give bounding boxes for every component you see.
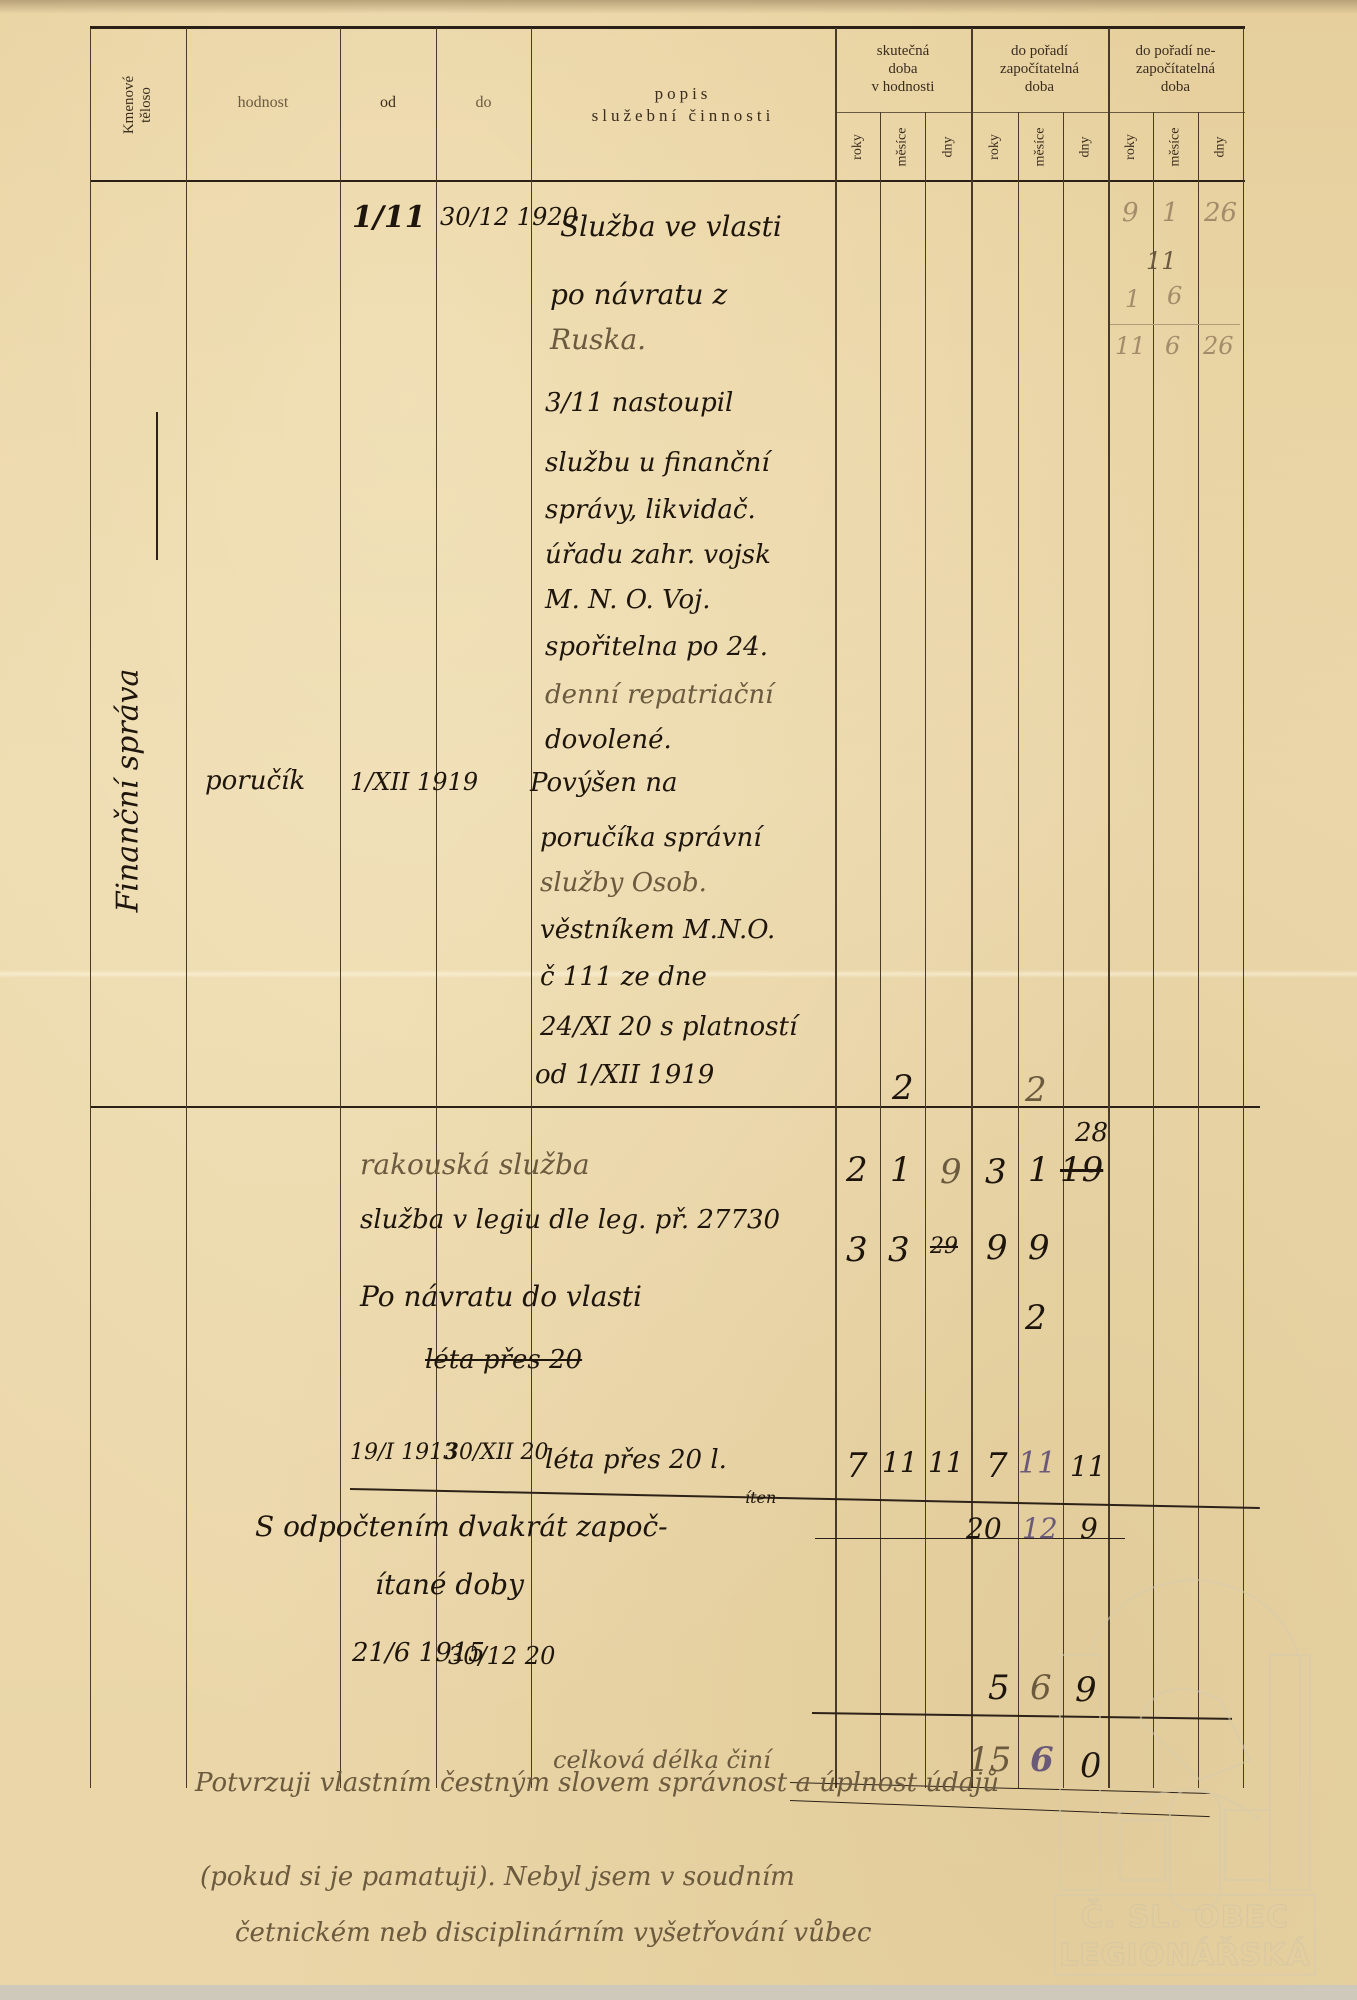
entry3-popis-line: věstníkem M.N.O. [540, 915, 775, 945]
entry3-od: 1/XII 1919 [350, 768, 478, 796]
entry2-popis-line: denní repatriační [545, 680, 773, 710]
col-rule [880, 112, 881, 1788]
legion-do: 30/12 20 [448, 1642, 555, 1670]
header-group-skutecna: skutečná doba v hodnosti [835, 42, 971, 96]
s2-skut-dny: 9 [940, 1152, 962, 1192]
entry2-popis-line: službu u finanční [545, 448, 770, 478]
col-rule [1153, 112, 1154, 1788]
table-top-rule [90, 26, 1245, 29]
entry1-popis-line: Služba ve vlasti [560, 210, 782, 243]
entry2-popis-line: M. N. O. Voj. [545, 585, 710, 615]
subheader-mesice: měsíce [1153, 114, 1198, 180]
subheader-roky: roky [1108, 114, 1153, 180]
header-bottom-rule [90, 180, 1245, 182]
watermark-line2: LEGIONÁŘSKÁ [1050, 1938, 1320, 1973]
total-row-do: 30/XII 20 [445, 1440, 548, 1465]
legion-zap-mesice: 6 [1030, 1668, 1052, 1708]
nezap-mesice: 6 [1167, 282, 1182, 310]
entry2-popis-line: 3/11 nastoupil [545, 388, 733, 418]
nezap-total-dny: 26 [1203, 332, 1234, 360]
entry2-popis-line: správy, likvidač. [545, 495, 756, 525]
footer-statement-line: (pokud si je pamatuji). Nebyl jsem v sou… [200, 1862, 795, 1892]
deduction-superscript: íten [745, 1488, 776, 1507]
col-rule [90, 28, 91, 1788]
entry1-popis-line: po návratu z [550, 278, 727, 311]
s2-skut-roky: 3 [846, 1230, 868, 1270]
kmenove-underline [156, 412, 158, 560]
entry3-popis-line: od 1/XII 1919 [535, 1060, 714, 1090]
entry3-hodnost: poručík [205, 766, 305, 796]
header-popis-sub: služební činnosti [531, 106, 835, 126]
subheader-roky: roky [835, 114, 880, 180]
subheader-dny: dny [925, 114, 971, 180]
s2-zap-roky: 3 [985, 1152, 1007, 1192]
s2-skut-mesice: 3 [888, 1230, 910, 1270]
entry2-popis-line: spořitelna po 24. [545, 632, 768, 662]
s2-row-popis: Po návratu do vlasti [360, 1280, 642, 1313]
total-skut-mesice: 11 [882, 1446, 918, 1479]
subheader-mesice: měsíce [1018, 114, 1063, 180]
header-do: do [436, 94, 531, 112]
entry2-popis-line: dovolené. [545, 725, 672, 755]
total-row-popis: léta přes 20 l. [545, 1445, 727, 1475]
legion-zap-roky: 5 [988, 1668, 1010, 1708]
s2-skut-dny-struck: 29 [930, 1234, 958, 1259]
s2-zap-mesice: 1 [1028, 1150, 1050, 1190]
deduction-text-2: ítané doby [375, 1568, 524, 1601]
skutecna-mesice: 2 [892, 1068, 914, 1108]
paper-top-edge [0, 0, 1357, 14]
watermark-line1: Č. SL. OBEC [1050, 1900, 1320, 1935]
nezap-dny: 26 [1204, 198, 1237, 228]
entry3-popis-line: 24/XI 20 s platností [540, 1012, 797, 1042]
subheader-roky: roky [971, 114, 1018, 180]
header-kmenove-teleso: Kmenové těloso [90, 30, 186, 180]
col-rule [1108, 28, 1110, 1788]
header-hodnost: hodnost [186, 94, 340, 112]
entry1-popis-line: Ruska. [550, 323, 646, 356]
deduction-text: S odpočtením dvakrát započ- [255, 1510, 668, 1543]
header-group-nezapocitatelna: do pořadí ne- započítatelná doba [1108, 42, 1243, 96]
nezap-mesice: 1 [1162, 198, 1179, 228]
group-subheader-rule [835, 112, 1245, 113]
entry1-od: 1/11 [352, 200, 426, 235]
s2-row-popis: rakouská služba [360, 1148, 590, 1181]
s2-zap-roky: 9 [986, 1228, 1008, 1268]
entry3-popis-line: č 111 ze dne [540, 962, 707, 992]
total-underline [350, 1488, 1260, 1509]
entry2-popis-line: úřadu zahr. vojsk [545, 540, 771, 570]
kmenove-teleso-value: Finanční správa [108, 560, 148, 1020]
section-divider-rule [90, 1106, 1260, 1108]
entry3-popis-line: Povýšen na [530, 768, 677, 798]
scan-bottom-edge [0, 1985, 1357, 2000]
col-rule [835, 28, 837, 1788]
s2-row-popis: služba v legiu dle leg. př. 27730 [360, 1205, 780, 1235]
nezap-mesice: 11 [1146, 247, 1177, 275]
total-skut-dny: 11 [928, 1446, 964, 1479]
col-rule [1063, 112, 1064, 1788]
deduction-dny: 9 [1080, 1512, 1098, 1545]
s2-zap-mesice: 9 [1028, 1228, 1050, 1268]
s2-zap-mesice: 2 [1025, 1298, 1047, 1338]
s2-zap-dny-correction: 28 [1075, 1118, 1108, 1148]
nezap-roky: 9 [1122, 198, 1139, 228]
total-zap-roky: 7 [986, 1446, 1008, 1486]
entry3-popis-line: poručíka správní [540, 823, 762, 853]
subheader-mesice: měsíce [880, 114, 925, 180]
s2-zap-dny-struck: 19 [1060, 1150, 1103, 1190]
entry1-do: 30/12 1920 [440, 203, 578, 231]
col-rule [186, 28, 187, 1788]
s2-skut-mesice: 1 [890, 1150, 912, 1190]
header-od: od [340, 94, 436, 112]
total-row-od: 19/I 1913 [350, 1440, 457, 1465]
deduction-mesice: 12 [1022, 1512, 1058, 1545]
col-rule [1198, 112, 1199, 1788]
footer-statement-line: četnickém neb disciplinárním vyšetřování… [235, 1918, 871, 1948]
s2-skut-roky: 2 [846, 1150, 868, 1190]
total-zap-mesice: 11 [1018, 1446, 1056, 1481]
nezap-roky: 1 [1125, 285, 1140, 313]
legionarska-watermark: Č. SL. OBEC LEGIONÁŘSKÁ [1050, 1560, 1320, 1980]
zapocitatelna-mesice: 2 [1025, 1070, 1047, 1110]
s2-row-popis-struck: léta přes 20 [425, 1345, 582, 1375]
footer-statement-line: Potvrzuji vlastním čestným slovem správn… [195, 1768, 999, 1798]
header-popis: popis [531, 84, 835, 104]
total-zap-dny: 11 [1070, 1450, 1106, 1483]
col-rule [925, 112, 926, 1788]
header-group-zapocitatelna: do pořadí započítatelná doba [971, 42, 1108, 96]
col-rule [1018, 112, 1019, 1788]
col-rule [1243, 28, 1244, 1788]
nezap-total-mesice: 6 [1165, 332, 1180, 360]
subheader-dny: dny [1198, 114, 1243, 180]
total-skut-roky: 7 [846, 1446, 868, 1486]
deduction-roky: 20 [966, 1512, 1002, 1545]
nezap-total-roky: 11 [1115, 332, 1146, 360]
pencil-sum-line [1110, 324, 1240, 325]
entry3-popis-line: služby Osob. [540, 868, 707, 898]
subheader-dny: dny [1063, 114, 1108, 180]
